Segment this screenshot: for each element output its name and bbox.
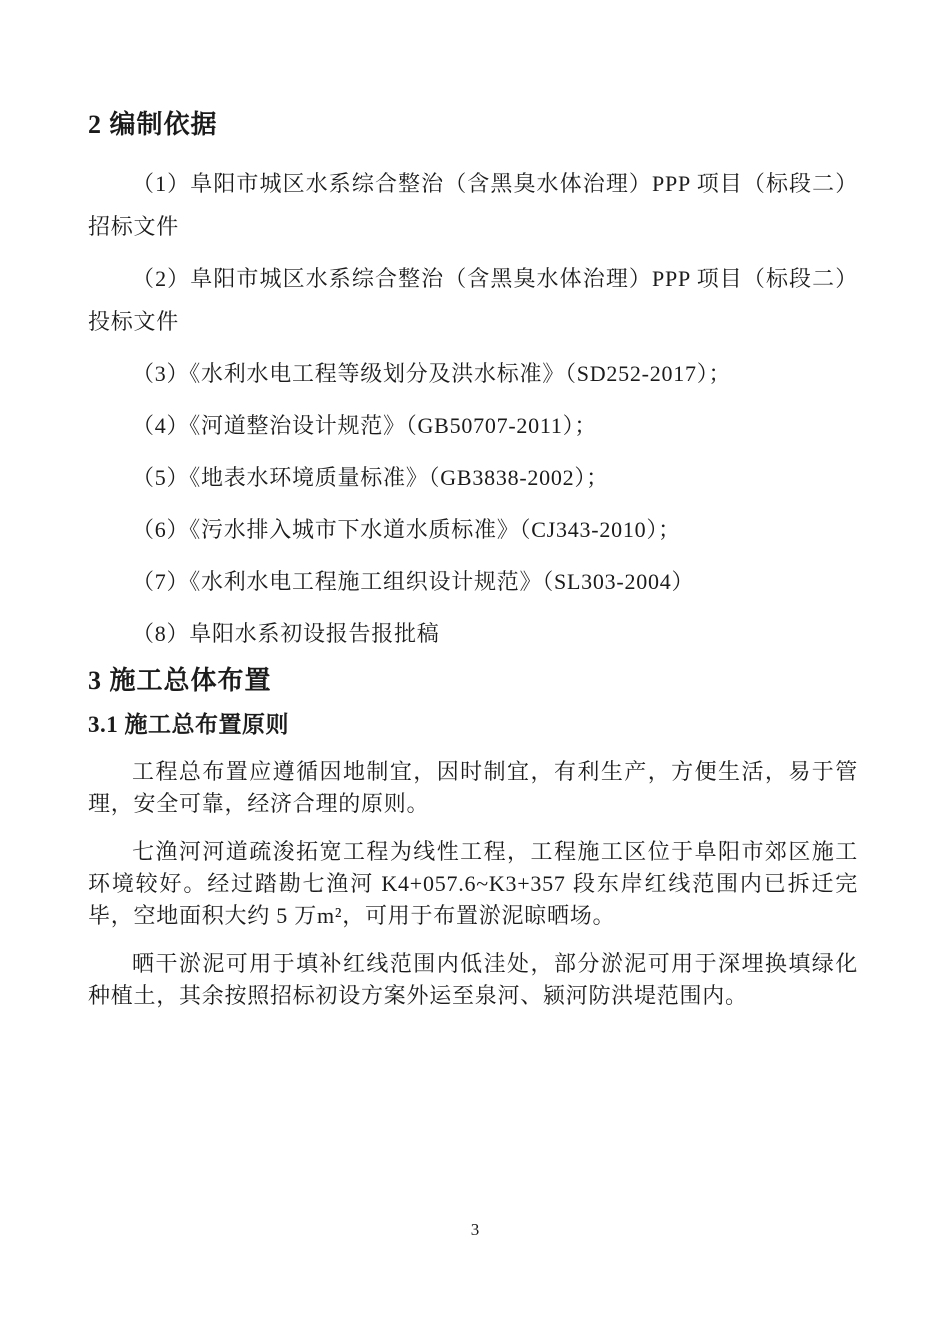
reference-item-6: （6）《污水排入城市下水道水质标准》（CJ343-2010）； [88, 508, 858, 551]
document-content: 2 编制依据 （1）阜阳市城区水系综合整治（含黑臭水体治理）PPP 项目（标段二… [88, 108, 858, 1028]
reference-item-5: （5）《地表水环境质量标准》（GB3838-2002）； [88, 456, 858, 499]
body-paragraph-site-survey: 七渔河河道疏浚拓宽工程为线性工程，工程施工区位于阜阳市郊区施工环境较好。经过踏勘… [88, 836, 858, 932]
heading-section-3: 3 施工总体布置 [88, 664, 858, 698]
document-page: 2 编制依据 （1）阜阳市城区水系综合整治（含黑臭水体治理）PPP 项目（标段二… [0, 0, 950, 1344]
page-number: 3 [0, 1219, 950, 1241]
body-paragraph-principles: 工程总布置应遵循因地制宜，因时制宜，有利生产，方便生活，易于管理，安全可靠，经济… [88, 756, 858, 820]
body-paragraph-silt-disposal: 晒干淤泥可用于填补红线范围内低洼处，部分淤泥可用于深埋换填绿化种植土，其余按照招… [88, 948, 858, 1012]
heading-section-3-1: 3.1 施工总布置原则 [88, 710, 858, 740]
reference-item-4: （4）《河道整治设计规范》（GB50707-2011）； [88, 404, 858, 447]
reference-item-7: （7）《水利水电工程施工组织设计规范》（SL303-2004） [88, 560, 858, 603]
heading-section-2: 2 编制依据 [88, 108, 858, 142]
reference-item-2: （2）阜阳市城区水系综合整治（含黑臭水体治理）PPP 项目（标段二）投标文件 [88, 257, 858, 343]
reference-item-3: （3）《水利水电工程等级划分及洪水标准》（SD252-2017）； [88, 352, 858, 395]
reference-item-8: （8）阜阳水系初设报告报批稿 [88, 612, 858, 655]
reference-item-1: （1）阜阳市城区水系综合整治（含黑臭水体治理）PPP 项目（标段二）招标文件 [88, 162, 858, 248]
